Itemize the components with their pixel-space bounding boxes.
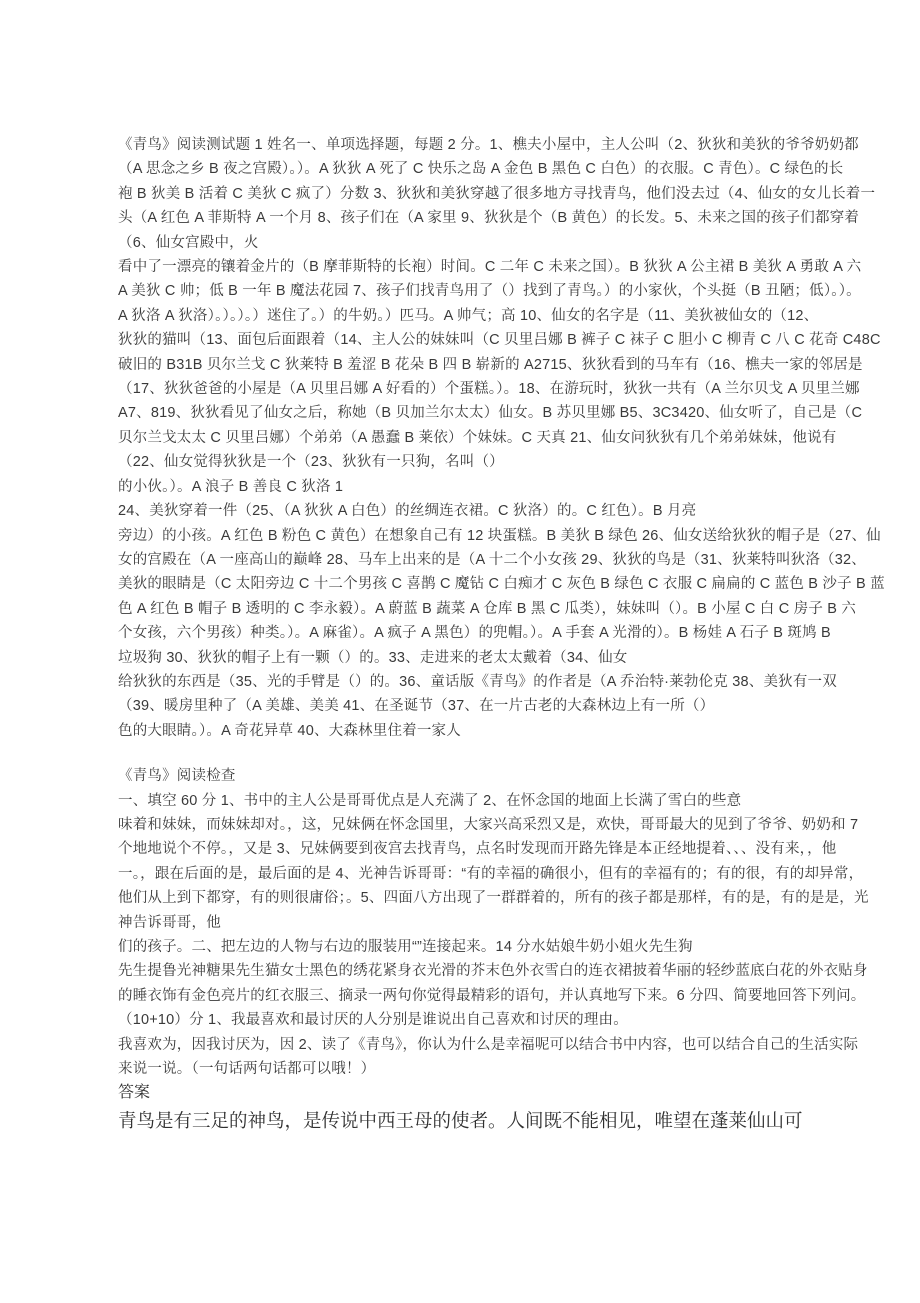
check-line: 一。，跟在后面的是，最后面的是 4、光神告诉哥哥：“有的幸福的确很小，但有的幸福… — [118, 862, 808, 886]
check-line: 来说一说。（一句话两句话都可以哦！） — [118, 1057, 808, 1081]
test-line: 24、美狄穿着一件（25、（A 狄狄 A 白色）的丝绸连衣裙。C 狄洛）的。C … — [118, 499, 808, 523]
answer-section: 答案 青鸟是有三足的神鸟，是传说中西王母的使者。人间既不能相见，唯望在蓬莱仙山可 — [118, 1081, 808, 1139]
check-line: （10+10）分 1、我最喜欢和最讨厌的人分别是谁说出自己喜欢和讨厌的理由。 — [118, 1008, 808, 1032]
test-line: 个女孩，六个男孩）种类。）。A 麻雀）。A 疯子 A 黑色）的兜帽。）。A 手套… — [118, 621, 808, 645]
test-line: 看中了一漂亮的镶着金片的（B 摩菲斯特的长袍）时间。C 二年 C 未来之国）。B… — [118, 255, 808, 279]
test-line: （17、狄狄爸爸的小屋是（A 贝里吕娜 A 好看的）个蛋糕。）。18、在游玩时，… — [118, 377, 808, 401]
document-page: 《青鸟》阅读测试题 1 姓名一、单项选择题，每题 2 分。1、樵夫小屋中，主人公… — [0, 0, 920, 1303]
check-line: 我喜欢为，因我讨厌为，因 2、读了《青鸟》，你认为什么是幸福呢可以结合书中内容，… — [118, 1033, 808, 1057]
test-line: 《青鸟》阅读测试题 1 姓名一、单项选择题，每题 2 分。1、樵夫小屋中，主人公… — [118, 133, 808, 157]
check-line: 神告诉哥哥，他 — [118, 911, 808, 935]
check-line: 味着和妹妹，而妹妹却对。，这，兄妹俩在怀念国里，大家兴高采烈又是，欢快，哥哥最大… — [118, 813, 808, 837]
test-line: 袍 B 狄美 B 活着 C 美狄 C 疯了）分数 3、狄狄和美狄穿越了很多地方寻… — [118, 182, 808, 206]
test-line: 的小伙。）。A 浪子 B 善良 C 狄洛 1 — [118, 475, 808, 499]
test-line: 贝尔兰戈太太 C 贝里吕娜）个弟弟（A 愚蠢 B 莱依）个妹妹。C 天真 21、… — [118, 426, 808, 450]
test-line: 狄狄的猫叫（13、面包后面跟着（14、主人公的妹妹叫（C 贝里吕娜 B 裤子 C… — [118, 328, 808, 352]
answer-label: 答案 — [118, 1081, 808, 1105]
test-line: 头（A 红色 A 菲斯特 A 一个月 8、孩子们在（A 家里 9、狄狄是个（B … — [118, 206, 808, 230]
test-line: A 美狄 C 帅；低 B 一年 B 魔法花园 7、孩子们找青鸟用了（）找到了青鸟… — [118, 279, 808, 303]
test-section: 《青鸟》阅读测试题 1 姓名一、单项选择题，每题 2 分。1、樵夫小屋中，主人公… — [118, 133, 808, 743]
check-line: 们的孩子。二、把左边的人物与右边的服装用“”连接起来。14 分水姑娘牛奶小姐火先… — [118, 935, 808, 959]
check-line: 的睡衣饰有金色亮片的红衣服三、摘录一两句你觉得最精彩的语句，并认真地写下来。6 … — [118, 984, 808, 1008]
test-line: （39、暖房里种了（A 美雄、美美 41、在圣诞节（37、在一片古老的大森林边上… — [118, 694, 808, 718]
test-line: 女的宫殿在（A 一座高山的巅峰 28、马车上出来的是（A 十二个小女孩 29、狄… — [118, 548, 808, 572]
test-line: （A 思念之乡 B 夜之宫殿）。）。A 狄狄 A 死了 C 快乐之岛 A 金色 … — [118, 157, 808, 181]
test-line: A 狄洛 A 狄洛）。）。）。）迷住了。）的牛奶。）匹马。A 帅气；高 10、仙… — [118, 304, 808, 328]
check-line: 他们从上到下都穿，有的则很庸俗；。5、四面八方出现了一群群着的，所有的孩子都是那… — [118, 886, 808, 910]
check-line: 先生提鲁光神糖果先生猫女士黑色的绣花紧身衣光滑的芥末色外衣雪白的连衣裙披着华丽的… — [118, 959, 808, 983]
check-section-title: 《青鸟》阅读检查 — [118, 764, 808, 788]
section-divider-space — [118, 743, 808, 764]
test-line: 美狄的眼睛是（C 太阳旁边 C 十二个男孩 C 喜鹊 C 魔钻 C 白痴才 C … — [118, 572, 808, 596]
test-line: A7、819、狄狄看见了仙女之后，称她（B 贝加兰尔太太）仙女。B 苏贝里娜 B… — [118, 401, 808, 425]
test-line: 给狄狄的东西是（35、光的手臂是（）的。36、童话版《青鸟》的作者是（A 乔治特… — [118, 670, 808, 694]
check-section: 《青鸟》阅读检查 一、填空 60 分 1、书中的主人公是哥哥优点是人充满了 2、… — [118, 764, 808, 1081]
test-line: 色的大眼睛。）。A 奇花异草 40、大森林里住着一家人 — [118, 719, 808, 743]
test-line: 破旧的 B31B 贝尔兰戈 C 狄莱特 B 羞涩 B 花朵 B 四 B 崭新的 … — [118, 353, 808, 377]
test-line: 色 A 红色 B 帽子 B 透明的 C 李永毅）。A 蔚蓝 B 蔬菜 A 仓库 … — [118, 597, 808, 621]
test-line: 旁边）的小孩。A 红色 B 粉色 C 黄色）在想象自己有 12 块蛋糕。B 美狄… — [118, 524, 808, 548]
test-line: （6、仙女宫殿中，火 — [118, 231, 808, 255]
check-line: 个地地说个不停。，又是 3、兄妹俩要到夜宫去找青鸟，点名时发现而开路先锋是本正经… — [118, 837, 808, 861]
answer-text: 青鸟是有三足的神鸟，是传说中西王母的使者。人间既不能相见，唯望在蓬莱仙山可 — [118, 1105, 808, 1139]
check-line: 一、填空 60 分 1、书中的主人公是哥哥优点是人充满了 2、在怀念国的地面上长… — [118, 789, 808, 813]
test-line: （22、仙女觉得狄狄是一个（23、狄狄有一只狗，名叫（） — [118, 450, 808, 474]
test-line: 垃圾狗 30、狄狄的帽子上有一颗（）的。33、走进来的老太太戴着（34、仙女 — [118, 646, 808, 670]
